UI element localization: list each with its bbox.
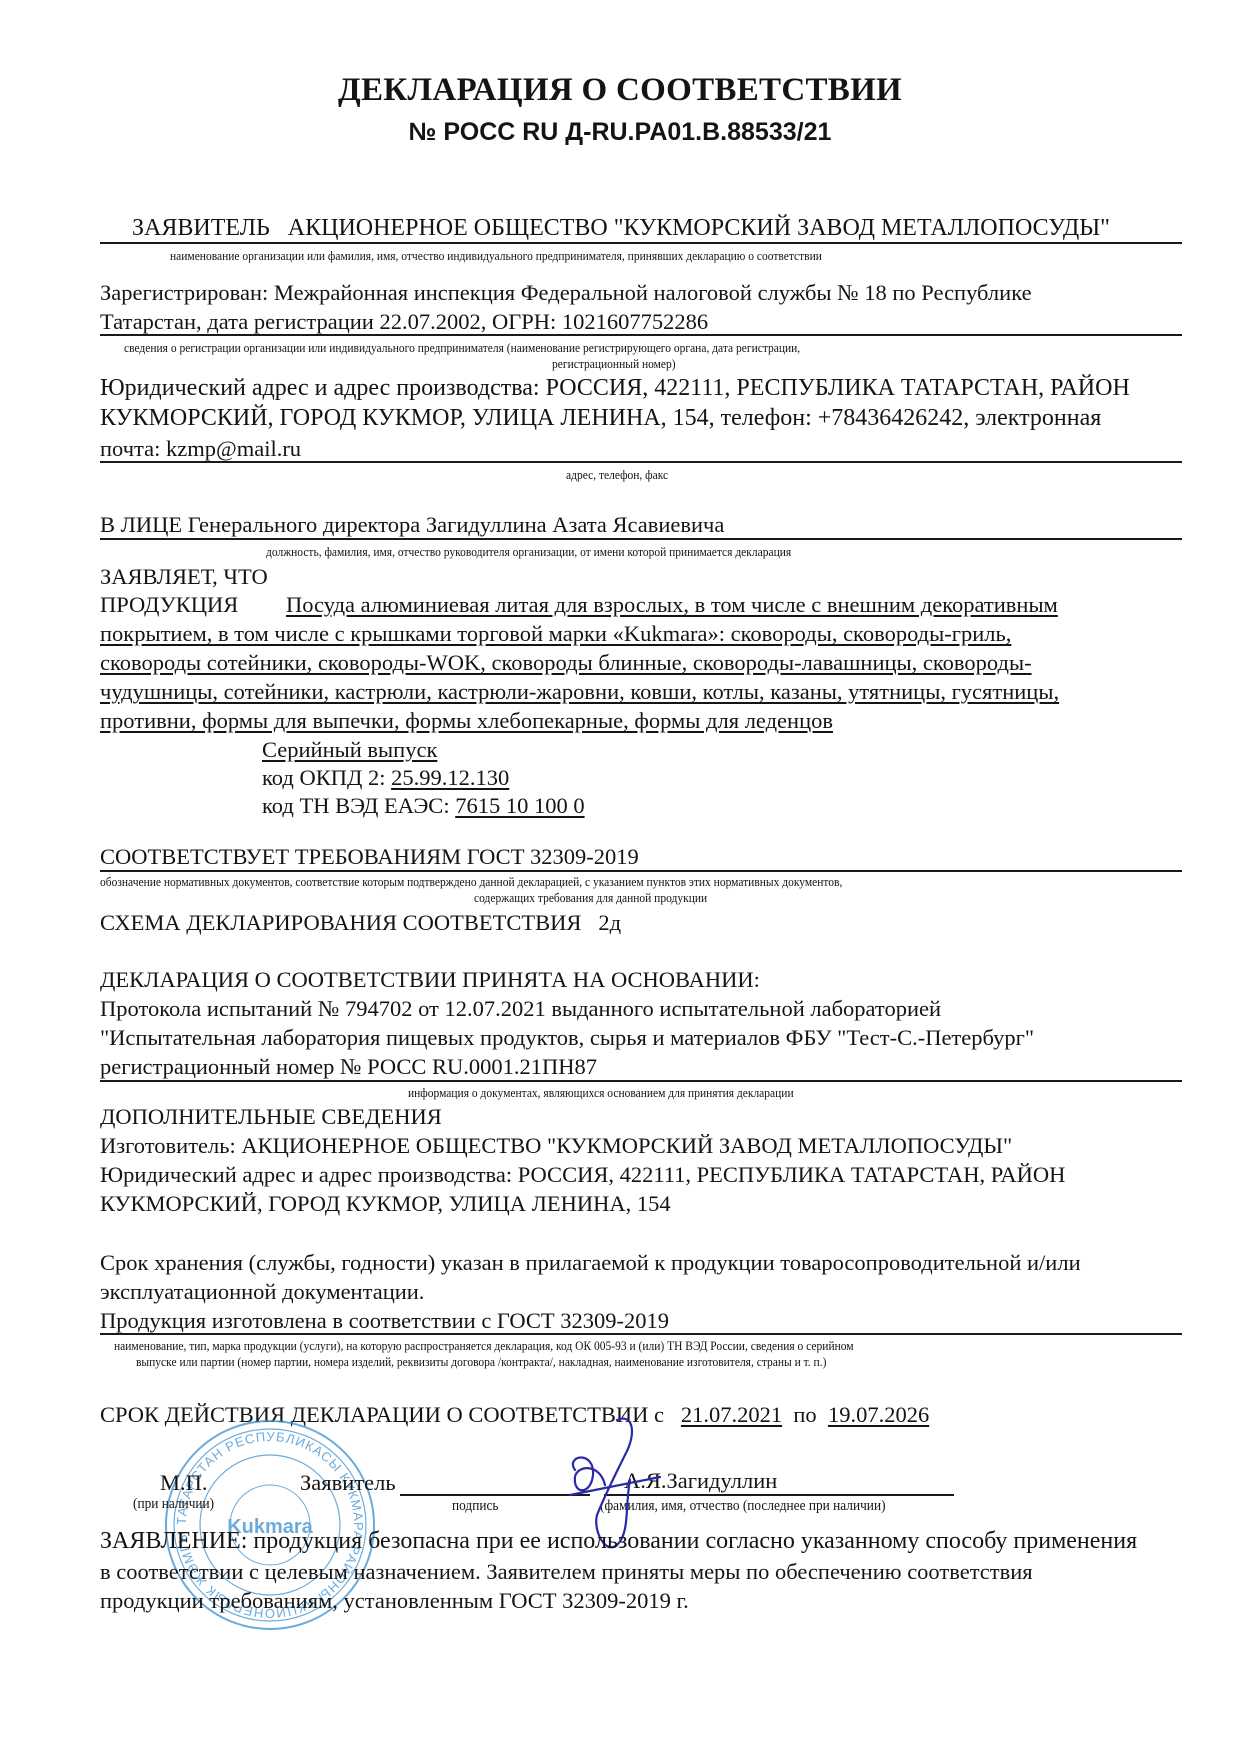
statement-line-2: в соответствии с целевым назначением. За… xyxy=(100,1557,1033,1586)
validity-to: 19.07.2026 xyxy=(828,1402,929,1427)
applicant-line: ЗАЯВИТЕЛЬ АКЦИОНЕРНОЕ ОБЩЕСТВО "КУКМОРСК… xyxy=(132,214,1110,243)
basis-caption: информация о документах, являющихся осно… xyxy=(408,1085,794,1101)
additional-address-2: КУКМОРСКИЙ, ГОРОД КУКМОР, УЛИЦА ЛЕНИНА, … xyxy=(100,1189,671,1218)
scheme-line: СХЕМА ДЕКЛАРИРОВАНИЯ СООТВЕТСТВИЯ 2д xyxy=(100,908,621,937)
applicant-sign-label: Заявитель xyxy=(300,1468,396,1497)
scheme-value: 2д xyxy=(598,910,621,935)
additional-caption-1: наименование, тип, марка продукции (услу… xyxy=(114,1338,854,1354)
additional-caption-2: выпуске или партии (номер партии, номера… xyxy=(136,1354,826,1370)
divider xyxy=(100,1333,1182,1335)
address-line-1: Юридический адрес и адрес производства: … xyxy=(100,374,1130,403)
storage-line-2: эксплуатационной документации. xyxy=(100,1277,424,1306)
representative-caption: должность, фамилия, имя, отчество руково… xyxy=(266,544,791,560)
address-line-2: КУКМОРСКИЙ, ГОРОД КУКМОР, УЛИЦА ЛЕНИНА, … xyxy=(100,404,1101,433)
product-line-2: покрытием, в том числе с крышками торгов… xyxy=(100,619,1011,648)
document-title: ДЕКЛАРАЦИЯ О СООТВЕТСТВИИ xyxy=(0,72,1240,109)
declares-label: ЗАЯВЛЯЕТ, ЧТО xyxy=(100,562,268,591)
basis-heading: ДЕКЛАРАЦИЯ О СООТВЕТСТВИИ ПРИНЯТА НА ОСН… xyxy=(100,965,760,994)
divider xyxy=(100,1080,1182,1082)
conformity-text: СООТВЕТСТВУЕТ ТРЕБОВАНИЯМ ГОСТ 32309-201… xyxy=(100,842,639,871)
divider xyxy=(100,334,1182,336)
mp-caption: (при наличии) xyxy=(133,1496,214,1512)
registration-line-2: Татарстан, дата регистрации 22.07.2002, … xyxy=(100,307,708,336)
tnved-label: код ТН ВЭД ЕАЭС: xyxy=(262,793,455,818)
validity-from: 21.07.2021 xyxy=(681,1402,782,1427)
representative-line: В ЛИЦЕ Генерального директора Загидуллин… xyxy=(100,510,724,539)
okpd-label: код ОКПД 2: xyxy=(262,765,391,790)
declaration-number: № РОСС RU Д-RU.PA01.B.88533/21 xyxy=(0,118,1240,147)
product-line-5: противни, формы для выпечки, формы хлебо… xyxy=(100,706,833,735)
applicant-name: АКЦИОНЕРНОЕ ОБЩЕСТВО "КУКМОРСКИЙ ЗАВОД М… xyxy=(288,215,1110,241)
address-caption: адрес, телефон, факс xyxy=(566,467,668,483)
mp-label: М.П. xyxy=(160,1468,208,1497)
validity-to-label: по xyxy=(793,1402,816,1427)
okpd-code: код ОКПД 2: 25.99.12.130 xyxy=(262,763,509,792)
applicant-label: ЗАЯВИТЕЛЬ xyxy=(132,215,270,241)
conformity-caption-1: обозначение нормативных документов, соот… xyxy=(100,874,842,890)
basis-line-1: Протокола испытаний № 794702 от 12.07.20… xyxy=(100,994,941,1023)
statement-line-1: ЗАЯВЛЕНИЕ: продукция безопасна при ее ис… xyxy=(100,1527,1137,1556)
statement-line-3: продукции требованиям, установленным ГОС… xyxy=(100,1586,689,1615)
address-line-3: почта: kzmp@mail.ru xyxy=(100,434,301,463)
basis-line-3: регистрационный номер № РОСС RU.0001.21П… xyxy=(100,1052,597,1081)
made-per-standard: Продукция изготовлена в соответствии с Г… xyxy=(100,1306,669,1335)
tnved-value: 7615 10 100 0 xyxy=(455,793,584,818)
divider xyxy=(100,538,1182,540)
storage-line-1: Срок хранения (службы, годности) указан … xyxy=(100,1248,1081,1277)
registration-line-1: Зарегистрирован: Межрайонная инспекция Ф… xyxy=(100,278,1032,307)
okpd-value: 25.99.12.130 xyxy=(391,765,509,790)
product-line-4: чудушницы, сотейники, кастрюли, кастрюли… xyxy=(100,677,1059,706)
conformity-caption-2: содержащих требования для данной продукц… xyxy=(474,890,707,906)
tnved-code: код ТН ВЭД ЕАЭС: 7615 10 100 0 xyxy=(262,791,585,820)
additional-heading: ДОПОЛНИТЕЛЬНЫЕ СВЕДЕНИЯ xyxy=(100,1102,442,1131)
registration-caption-2: регистрационный номер) xyxy=(552,356,676,372)
signature-caption: подпись xyxy=(452,1498,499,1514)
basis-line-2: "Испытательная лаборатория пищевых проду… xyxy=(100,1023,1034,1052)
divider xyxy=(100,870,1182,872)
divider xyxy=(100,461,1182,463)
manufacturer-line: Изготовитель: АКЦИОНЕРНОЕ ОБЩЕСТВО "КУКМ… xyxy=(100,1131,1012,1160)
scheme-label: СХЕМА ДЕКЛАРИРОВАНИЯ СООТВЕТСТВИЯ xyxy=(100,910,581,935)
additional-address-1: Юридический адрес и адрес производства: … xyxy=(100,1160,1065,1189)
serial-release: Серийный выпуск xyxy=(262,735,437,764)
divider xyxy=(100,242,1182,244)
product-label: ПРОДУКЦИЯ xyxy=(100,590,238,619)
product-line-1: Посуда алюминиевая литая для взрослых, в… xyxy=(286,590,1058,619)
product-line-3: сковороды сотейники, сковороды-WOK, сков… xyxy=(100,648,1032,677)
applicant-caption: наименование организации или фамилия, им… xyxy=(170,248,822,264)
registration-caption-1: сведения о регистрации организации или и… xyxy=(124,340,800,356)
